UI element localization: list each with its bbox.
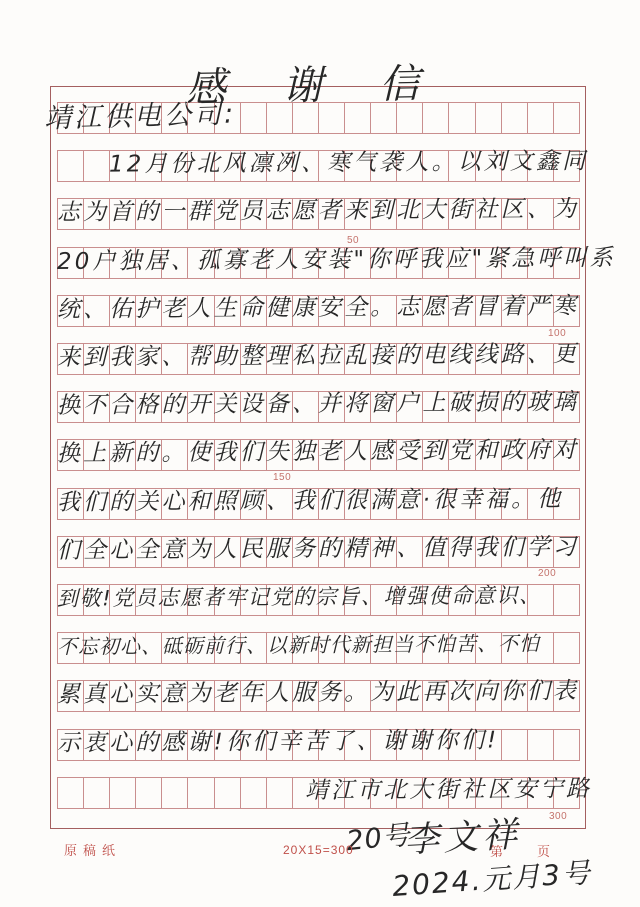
address-number: 20号 xyxy=(344,813,412,859)
cell-counter: 150 xyxy=(273,472,291,483)
grid-cell xyxy=(215,778,241,808)
manuscript-line: 12月份北风凛冽、寒气袭人。以刘文鑫同 xyxy=(109,144,588,185)
grid-cell xyxy=(188,778,214,808)
grid-cell xyxy=(84,778,110,808)
grid-cell xyxy=(554,585,579,615)
page-prefix: 第 xyxy=(490,844,503,859)
grid-cell xyxy=(241,778,267,808)
grid-cell xyxy=(502,103,528,133)
grid-cell xyxy=(528,730,554,760)
grid-size-label: 20X15=300 xyxy=(283,843,354,857)
manuscript-line: 20户独居、孤寡老人安装"你呼我应"紧急呼叫系 xyxy=(57,240,616,282)
manuscript-line: 示衷心的感谢!你们辛苦了、谢谢你们! xyxy=(57,722,500,763)
letter-salutation: 靖江供电公司: xyxy=(44,91,237,135)
manuscript-line: 统、佑护老人生命健康安全。志愿者冒着严寒 xyxy=(57,288,579,330)
manuscript-line: 换不合格的开关设备、并将窗户上破损的玻璃 xyxy=(57,384,579,426)
grid-cell xyxy=(162,778,188,808)
grid-cell xyxy=(136,778,162,808)
manuscript-line: 累真心实意为老年人服务。为此再次向你们表 xyxy=(57,674,579,716)
manuscript-line: 靖江市北大街社区安宁路 xyxy=(305,771,592,811)
page-number-label: 第页 xyxy=(490,841,550,860)
page-suffix: 页 xyxy=(537,844,550,859)
manuscript-line: 志为首的一群党员志愿者来到北大街社区、为 xyxy=(57,192,579,234)
grid-cell xyxy=(528,103,554,133)
manuscript-paper: 感 谢 信 靖江供电公司: 12月份北风凛冽、寒气袭人。以刘文鑫同志为首的一群党… xyxy=(0,0,640,907)
grid-cell xyxy=(476,103,502,133)
grid-cell xyxy=(84,151,110,181)
manuscript-line: 来到我家、帮助整理私拉乱接的电线线路、更 xyxy=(57,336,579,378)
paper-brand-label: 原稿纸 xyxy=(64,840,121,859)
grid-cell xyxy=(449,103,475,133)
manuscript-line: 到敬!党员志愿者牢记党的宗旨、增强使命意识、 xyxy=(57,577,542,618)
cell-counter: 100 xyxy=(548,328,566,339)
manuscript-line: 们全心全意为人民服务的精神、值得我们学习 xyxy=(57,529,579,571)
grid-cell xyxy=(58,151,84,181)
manuscript-line: 我们的关心和照顾、我们很满意·很幸福。他 xyxy=(57,481,564,523)
grid-cell xyxy=(554,633,579,663)
grid-cell xyxy=(554,730,579,760)
grid-cell xyxy=(554,103,579,133)
grid-cell xyxy=(58,778,84,808)
cell-counter: 300 xyxy=(549,811,567,822)
manuscript-line: 换上新的。使我们失独老人感受到党和政府对 xyxy=(57,433,579,475)
grid-cell xyxy=(267,778,293,808)
manuscript-line: 不忘初心、砥砺前行、以新时代新担当不怕苦、不怕 xyxy=(57,626,540,667)
cell-counter: 200 xyxy=(538,568,556,579)
grid-cell xyxy=(502,730,528,760)
cell-counter: 50 xyxy=(347,235,359,246)
grid-cell xyxy=(110,778,136,808)
